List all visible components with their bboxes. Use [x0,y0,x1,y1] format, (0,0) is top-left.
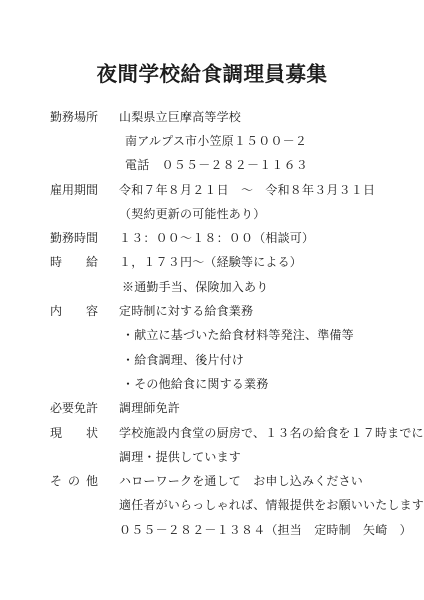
field-label: 必要免許 [50,399,98,416]
field-value: ・給食調理、後片付け [119,351,244,368]
page-title: 夜間学校給食調理員募集 [0,57,424,87]
field-label: 雇用期間 [50,181,98,198]
field-value: 調理・提供しています [119,448,241,465]
row-other-referral: 適任者がいらっしゃれば、情報提供をお願いいたします [50,493,418,517]
document-body: 勤務場所 山梨県立巨摩高等学校 南アルプス市小笠原１５００－２ 電話 ０５５－２… [50,104,418,541]
row-job-content: 内容 定時制に対する給食業務 [50,298,418,322]
row-job-content-item-2: ・給食調理、後片付け [50,347,418,371]
row-other-apply: その他 ハローワークを通して お申し込みください [50,468,418,492]
row-current-status-cont: 調理・提供しています [50,444,418,468]
field-value: １，１７３円～（経験等による） [119,253,302,270]
row-job-content-item-1: ・献立に基づいた給食材料等発注、準備等 [50,323,418,347]
field-value: 学校施設内食堂の厨房で、１３名の給食を１７時までに [119,424,424,441]
field-value: ０５５－２８２－１３８４（担当 定時制 矢崎 ） [119,521,412,538]
row-employment-period: 雇用期間 令和７年８月２１日 ～ 令和８年３月３１日 [50,177,418,201]
field-value: 適任者がいらっしゃれば、情報提供をお願いいたします [119,496,424,513]
field-value: ・献立に基づいた給食材料等発注、準備等 [119,326,354,343]
field-value: ハローワークを通して お申し込みください [119,472,363,489]
field-value: 電話 ０５５－２８２－１１６３ [119,156,308,173]
field-value: 調理師免許 [119,399,180,416]
field-label: 時給 [50,253,98,270]
row-workplace-address: 南アルプス市小笠原１５００－２ [50,128,418,152]
job-posting-page: 夜間学校給食調理員募集 勤務場所 山梨県立巨摩高等学校 南アルプス市小笠原１５０… [0,0,424,600]
row-workplace-phone: 電話 ０５５－２８２－１１６３ [50,153,418,177]
field-value: 定時制に対する給食業務 [119,302,253,319]
field-label: 勤務時間 [50,229,98,246]
field-label: その他 [50,472,98,489]
row-required-license: 必要免許 調理師免許 [50,396,418,420]
field-label: 勤務場所 [50,108,98,125]
row-current-status: 現状 学校施設内食堂の厨房で、１３名の給食を１７時までに [50,420,418,444]
field-value: 山梨県立巨摩高等学校 [119,108,241,125]
row-hourly-wage: 時給 １，１７３円～（経験等による） [50,250,418,274]
row-job-content-item-3: ・その他給食に関する業務 [50,371,418,395]
row-other-contact-phone: ０５５－２８２－１３８４（担当 定時制 矢崎 ） [50,517,418,541]
row-allowance-note: ※通勤手当、保険加入あり [50,274,418,298]
field-value: １３：００～１８：００（相談可） [119,229,314,246]
row-contract-renewal-note: （契約更新の可能性あり） [50,201,418,225]
field-value: ・その他給食に関する業務 [119,375,268,392]
field-label: 現状 [50,424,98,441]
row-workplace: 勤務場所 山梨県立巨摩高等学校 [50,104,418,128]
field-value: 令和７年８月２１日 ～ 令和８年３月３１日 [119,181,375,198]
field-value: ※通勤手当、保険加入あり [119,278,268,295]
row-working-hours: 勤務時間 １３：００～１８：００（相談可） [50,225,418,249]
field-value: （契約更新の可能性あり） [119,205,265,222]
field-label: 内容 [50,302,98,319]
field-value: 南アルプス市小笠原１５００－２ [119,132,307,149]
